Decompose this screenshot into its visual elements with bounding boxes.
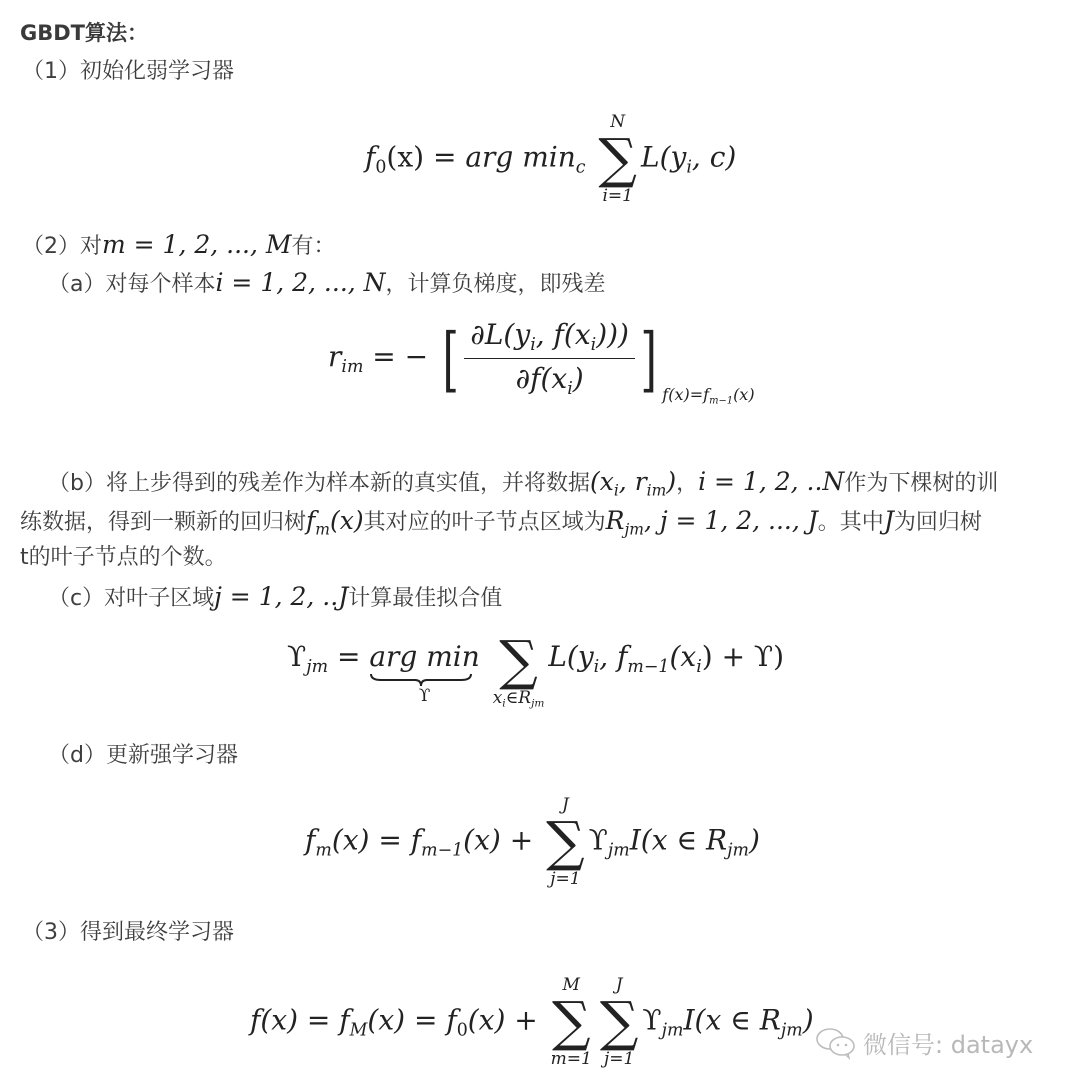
equation-best-fit: ϒjm = arg minϒ ∑xi∈RjmL(yi, fm−1(xi) + ϒ… (287, 640, 784, 714)
summation: J∑j=1 (546, 795, 585, 889)
step-1-label: （1）初始化弱学习器 (22, 57, 234, 87)
step-d-label: （d）更新强学习器 (48, 741, 238, 771)
summation: ∑xi∈Rjm (493, 634, 545, 714)
section-title: GBDT算法： (20, 18, 148, 48)
watermark-text: 微信号: datayx (863, 1025, 1033, 1060)
step-2-label: （2）对m = 1, 2, ..., M有： (22, 230, 336, 262)
equation-update: fm(x) = fm−1(x) + J∑j=1ϒjmI(x ∈ Rjm) (305, 795, 760, 889)
summation: N∑i=1 (598, 112, 637, 206)
step-b-line-3: t的叶子节点的个数。 (20, 543, 227, 573)
equation-final: f(x) = fM(x) = f0(x) + M∑m=1J∑j=1ϒjmI(x … (250, 975, 814, 1069)
watermark: 微信号: datayx (815, 1025, 1033, 1060)
equation-residual: rim = − [ ∂L(yi, f(xi))) ∂f(xi) ]f(x)=fm… (328, 318, 755, 407)
step-c-label: （c）对叶子区域j = 1, 2, ..J计算最佳拟合值 (48, 582, 502, 614)
underbrace-argmin: arg minϒ (369, 640, 479, 705)
equation-init: f0(x) = arg minc N∑i=1L(yi, c) (365, 112, 736, 206)
wechat-icon (815, 1026, 857, 1060)
summation-j: J∑j=1 (600, 975, 639, 1069)
step-b-line-1: （b）将上步得到的残差作为样本新的真实值，并将数据(xi, rim)，i = 1… (48, 467, 998, 505)
step-b-line-2: 练数据，得到一颗新的回归树fm(x)其对应的叶子节点区域为Rjm, j = 1,… (20, 506, 982, 544)
summation-m: M∑m=1 (551, 975, 592, 1069)
fraction: ∂L(yi, f(xi))) ∂f(xi) (464, 318, 635, 399)
step-a-label: （a）对每个样本i = 1, 2, ..., N，计算负梯度，即残差 (48, 268, 606, 300)
step-3-label: （3）得到最终学习器 (22, 918, 234, 948)
